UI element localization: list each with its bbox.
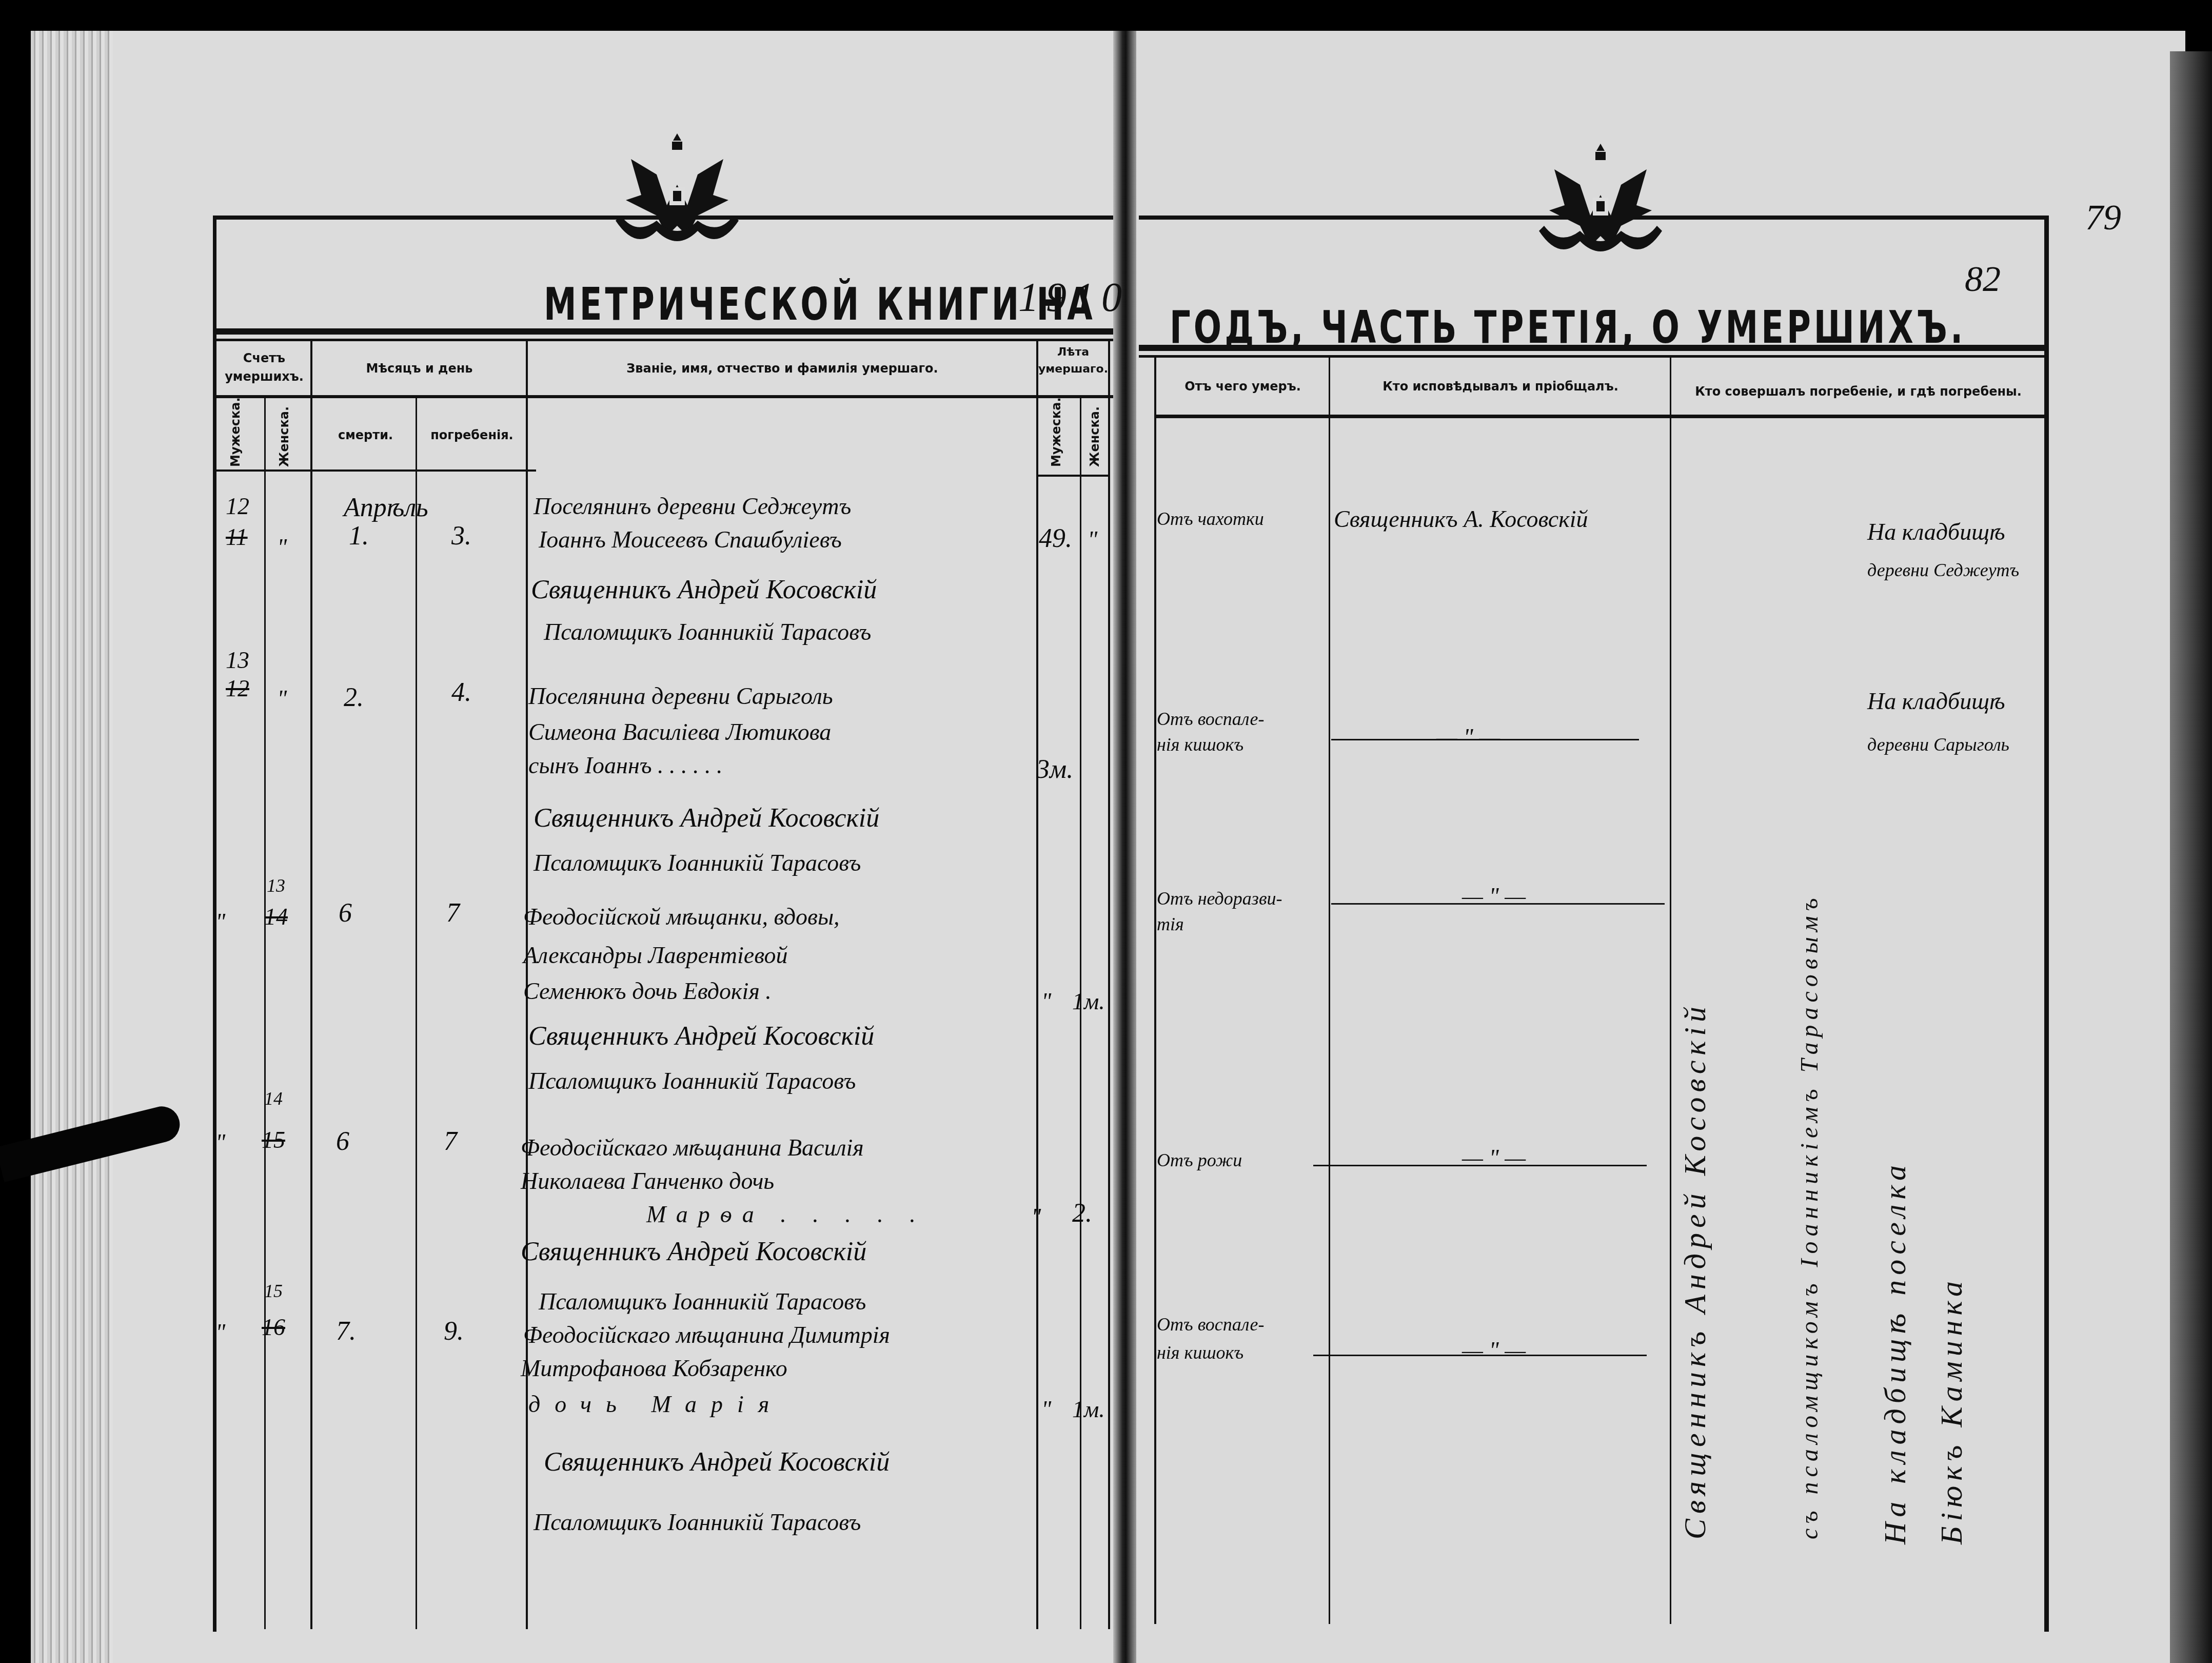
entry-5-name-line-3: дочь Марія: [528, 1391, 783, 1418]
vertical-note-cemetery: На кладбищѣ поселка: [1878, 800, 1913, 1544]
header-age-male: Мужеска.: [1049, 410, 1063, 467]
header-burial-by: Кто совершалъ погребеніе, и гдѣ погребен…: [1672, 382, 2044, 401]
double-headed-eagle-icon: [610, 128, 744, 257]
header-rule-right: [1139, 345, 2047, 351]
entry-5-psalmist-signature-prev: Псаломщикъ Іоанникій Тарасовъ: [539, 1288, 866, 1315]
entry-2-burial-place-1: На кладбищѣ: [1867, 688, 2005, 715]
ditto-line: [1313, 1355, 1647, 1356]
entry-1-num-male: 12: [226, 493, 249, 520]
entry-3-name-line-1: Феодосійской мѣщанки, вдовы,: [523, 903, 840, 930]
entry-5-confessor: — " —: [1462, 1337, 1526, 1364]
entry-5-name-line-2: Митрофанова Кобзаренко: [521, 1355, 787, 1382]
entry-4-name-line-1: Феодосійскаго мѣщанина Василія: [521, 1134, 864, 1161]
ditto-line: [1331, 739, 1639, 740]
header-name: Званіе, имя, отчество и фамилія умершаго…: [528, 359, 1036, 378]
entry-1-psalmist-signature: Псаломщикъ Іоанникій Тарасовъ: [544, 618, 871, 645]
entry-2-cause-2: нія кишокъ: [1157, 734, 1243, 755]
entry-4-confessor: — " —: [1462, 1144, 1526, 1171]
entry-2-death-day: 2.: [344, 682, 364, 713]
entry-4-priest-signature: Священникъ Андрей Косовскій: [521, 1237, 866, 1267]
entry-3-confessor: — " —: [1462, 883, 1526, 910]
entry-1-confessor: Священникъ А. Косовскій: [1334, 505, 1588, 533]
title-left: МЕТРИЧЕСКОЙ КНИГИ НА: [544, 280, 1096, 331]
header-rule-left: [213, 328, 1113, 335]
entry-5-psalmist-signature: Псаломщикъ Іоанникій Тарасовъ: [534, 1509, 861, 1536]
vertical-note-psalmist: съ псаломщикомъ Іоанникіемъ Тарасовымъ: [1795, 616, 1824, 1539]
entry-3-burial-day: 7: [446, 898, 460, 928]
header-count-male: Мужеска.: [228, 410, 243, 467]
header-bottom-rule-left: [213, 469, 536, 472]
subheader-rule-right: [1154, 415, 2044, 418]
header-burial: погребенія.: [418, 426, 526, 444]
entry-3-name-line-3: Семенюкъ дочь Евдокія .: [523, 977, 772, 1005]
entry-3-num-struck: 14: [264, 903, 288, 930]
col-line: [1036, 341, 1038, 1629]
entry-4-cause: Отъ рожи: [1157, 1149, 1242, 1171]
entry-5-cause-2: нія кишокъ: [1157, 1342, 1243, 1363]
entry-3-cause-1: Отъ недоразви-: [1157, 888, 1282, 909]
entry-1-name-line-1: Поселянинъ деревни Седжеутъ: [534, 493, 851, 520]
entry-5-num-male: ": [215, 1319, 225, 1346]
entry-3-age-male: ": [1041, 988, 1051, 1015]
entry-4-age-male: ": [1031, 1203, 1041, 1230]
entry-1-burial-place-2: деревни Седжеутъ: [1867, 559, 2019, 581]
entry-4-burial-day: 7: [444, 1126, 457, 1157]
col-line: [264, 398, 266, 1629]
entry-2-name-line-2: Симеона Василіева Лютикова: [528, 718, 831, 746]
vertical-note-priest: Священникъ Андрей Косовскій: [1677, 616, 1713, 1539]
entry-1-cause: Отъ чахотки: [1157, 508, 1264, 530]
header-confessor: Кто исповѣдывалъ и пріобщалъ.: [1331, 377, 1670, 396]
header-bottom-rule-age: [1036, 475, 1108, 477]
entry-4-name-line-2: Николаева Ганченко дочь: [521, 1167, 774, 1195]
entry-3-priest-signature: Священникъ Андрей Косовскій: [528, 1021, 874, 1051]
frame-top-left: [213, 216, 1113, 220]
header-rule-right-2: [1139, 355, 2047, 358]
entry-2-num-male: 13: [226, 647, 249, 674]
entry-5-cause-1: Отъ воспале-: [1157, 1314, 1264, 1335]
entry-4-num-struck: 15: [262, 1126, 285, 1153]
header-age-female: Женска.: [1088, 410, 1102, 467]
page-number: 79: [2085, 198, 2121, 239]
entry-1-priest-signature: Священникъ Андрей Косовскій: [531, 575, 877, 605]
entry-2-num-struck: 12: [226, 675, 249, 702]
entry-5-priest-signature: Священникъ Андрей Косовскій: [544, 1447, 890, 1477]
entry-3-num-male: ": [215, 908, 225, 935]
entry-1-burial-day: 3.: [451, 521, 471, 551]
entry-3-cause-2: тія: [1157, 913, 1184, 935]
header-death: смерти.: [315, 426, 416, 444]
subheader-rule-left: [213, 395, 1113, 398]
entry-4-death-day: 6: [336, 1126, 349, 1157]
col-line: [310, 341, 312, 1629]
entry-2-name-line-1: Поселянина деревни Сарыголь: [528, 682, 833, 710]
entry-2-burial-place-2: деревни Сарыголь: [1867, 734, 2009, 755]
col-line: [1154, 357, 1156, 1624]
entry-5-age-female: 1м.: [1072, 1396, 1105, 1423]
entry-2-burial-day: 4.: [451, 677, 471, 708]
entry-4-num-female-top: 14: [264, 1088, 283, 1109]
entry-5-death-day: 7.: [336, 1316, 356, 1346]
entry-5-age-male: ": [1041, 1396, 1051, 1423]
entry-1-num-struck: 11: [226, 523, 248, 551]
entry-1-death-day: 1.: [349, 521, 369, 551]
entry-4-age-female: 2.: [1072, 1198, 1092, 1228]
frame-top-right: [1139, 216, 2047, 220]
ditto-line: [1331, 903, 1665, 905]
entry-3-age-female: 1м.: [1072, 988, 1105, 1015]
header-count: Счетъ умершихъ.: [218, 349, 310, 386]
frame-right: [2044, 216, 2049, 1632]
right-page: [1129, 31, 2185, 1663]
entry-2-name-line-3: сынъ Іоаннъ . . . . . .: [528, 752, 723, 779]
book-right-edge: [2170, 51, 2212, 1663]
entry-3-death-day: 6: [339, 898, 352, 928]
page-number-old: 82: [1965, 259, 2001, 300]
col-line: [1108, 341, 1110, 1629]
entry-2-psalmist-signature: Псаломщикъ Іоанникій Тарасовъ: [534, 849, 861, 876]
entry-4-num-male: ": [215, 1129, 225, 1156]
imperial-eagle-crest-left: [610, 128, 744, 257]
entry-2-num-female: ": [277, 685, 287, 712]
entry-1-age-female: ": [1088, 526, 1097, 553]
col-line: [1329, 357, 1330, 1624]
entry-1-burial-place-1: На кладбищѣ: [1867, 518, 2005, 545]
header-month-day: Мѣсяцъ и день: [313, 359, 526, 378]
col-line: [1670, 357, 1671, 1624]
entry-3-psalmist-signature: Псаломщикъ Іоанникій Тарасовъ: [528, 1067, 856, 1094]
entry-1-age-male: 49.: [1039, 523, 1072, 554]
entry-2-confessor: — " —: [1436, 723, 1500, 751]
header-count-female: Женска.: [277, 410, 291, 467]
title-year: 1910: [1018, 275, 1129, 321]
imperial-eagle-crest-right: [1534, 139, 1667, 267]
header-age: Лѣта умершаго.: [1037, 344, 1109, 378]
entry-5-name-line-1: Феодосійскаго мѣщанина Димитрія: [523, 1321, 890, 1348]
header-cause: Отъ чего умеръ.: [1157, 377, 1329, 396]
col-line: [416, 398, 417, 1629]
entry-1-name-line-2: Іоаннъ Моисеевъ Спашбуліевъ: [539, 526, 842, 553]
vertical-note-village: Бiюкъ Каминка: [1934, 800, 1969, 1544]
entry-3-name-line-2: Александры Лаврентіевой: [523, 942, 788, 969]
entry-1-month: Апрѣль: [344, 493, 428, 523]
header-rule-left-2: [213, 339, 1113, 341]
entry-2-age-male: 3м.: [1036, 754, 1073, 785]
entry-4-name-line-3: Марѳа . . . . .: [646, 1201, 926, 1228]
entry-5-burial-day: 9.: [444, 1316, 464, 1346]
entry-2-cause-1: Отъ воспале-: [1157, 708, 1264, 730]
entry-5-num-struck: 16: [262, 1314, 285, 1341]
ditto-line: [1313, 1165, 1647, 1166]
entry-5-num-female-top: 15: [264, 1280, 283, 1302]
double-headed-eagle-icon: [1534, 139, 1667, 267]
entry-1-num-female: ": [277, 534, 287, 561]
entry-3-num-female-top: 13: [267, 875, 285, 896]
entry-2-priest-signature: Священникъ Андрей Косовскій: [534, 803, 879, 833]
